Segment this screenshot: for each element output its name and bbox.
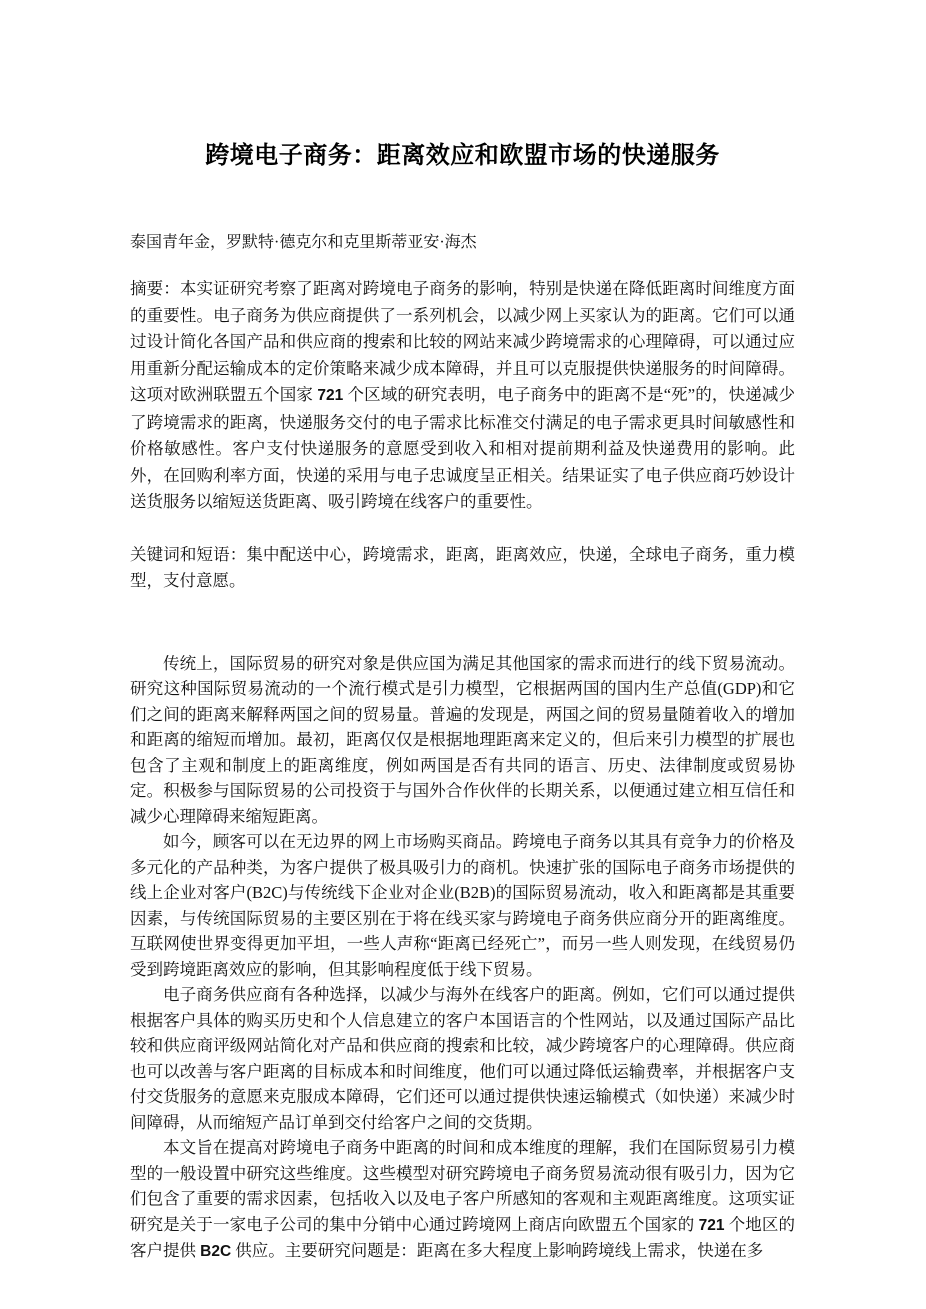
text-segment: 如今，顾客可以在无边界的网上市场购买商品。跨境电子商务以其具有竞争力的价格及多元… <box>130 832 795 979</box>
document-page: 跨境电子商务：距离效应和欧盟市场的快递服务 泰国青年金，罗默特·德克尔和克里斯蒂… <box>0 0 926 1309</box>
abstract-paragraph: 摘要：本实证研究考察了距离对跨境电子商务的影响，特别是快递在降低距离时间维度方面… <box>130 276 795 516</box>
emphasized-text: 721 <box>317 387 343 404</box>
keywords-paragraph: 关键词和短语：集中配送中心，跨境需求，距离，距离效应，快递，全球电子商务，重力模… <box>130 542 795 595</box>
emphasized-text: B2C <box>200 1243 231 1260</box>
text-segment: 供应。主要研究问题是：距离在多大程度上影响跨境线上需求，快递在多 <box>231 1241 763 1260</box>
text-segment: 电子商务供应商有各种选择，以减少与海外在线客户的距离。例如，它们可以通过提供根据… <box>130 985 795 1132</box>
body-paragraph: 电子商务供应商有各种选择，以减少与海外在线客户的距离。例如，它们可以通过提供根据… <box>130 982 795 1135</box>
body-paragraph: 本文旨在提高对跨境电子商务中距离的时间和成本维度的理解，我们在国际贸易引力模型的… <box>130 1135 795 1265</box>
body-paragraph: 传统上，国际贸易的研究对象是供应国为满足其他国家的需求而进行的线下贸易流动。研究… <box>130 651 795 830</box>
document-body: 传统上，国际贸易的研究对象是供应国为满足其他国家的需求而进行的线下贸易流动。研究… <box>130 651 795 1265</box>
text-segment: 本文旨在提高对跨境电子商务中距离的时间和成本维度的理解，我们在国际贸易引力模型的… <box>130 1138 795 1234</box>
body-paragraph: 如今，顾客可以在无边界的网上市场购买商品。跨境电子商务以其具有竞争力的价格及多元… <box>130 829 795 982</box>
author-line: 泰国青年金，罗默特·德克尔和克里斯蒂亚安·海杰 <box>130 230 795 256</box>
document-title: 跨境电子商务：距离效应和欧盟市场的快递服务 <box>130 140 795 172</box>
emphasized-text: 721 <box>699 1217 725 1234</box>
text-segment: 传统上，国际贸易的研究对象是供应国为满足其他国家的需求而进行的线下贸易流动。研究… <box>130 654 795 826</box>
